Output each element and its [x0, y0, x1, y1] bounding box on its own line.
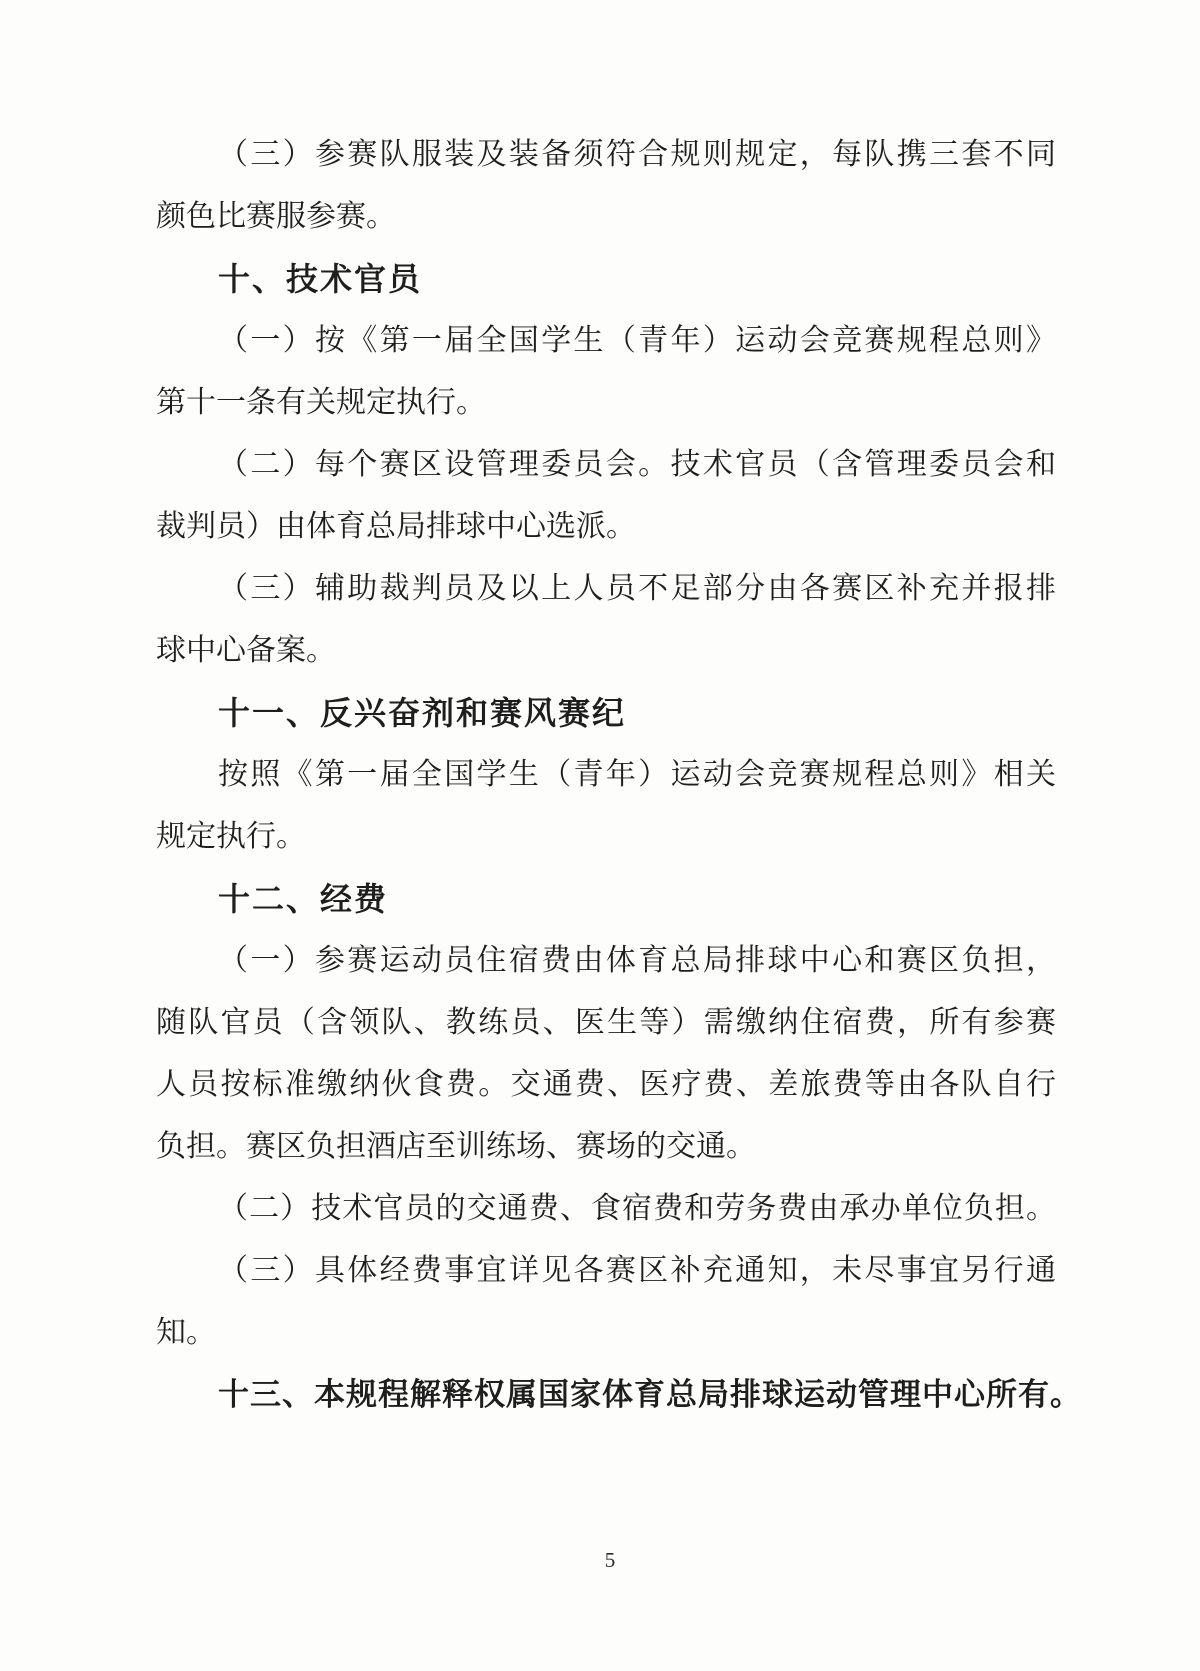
- section-heading: 十、技术官员: [156, 248, 1056, 310]
- paragraph-line: 按照《第一届全国学生（青年）运动会竞赛规程总则》相关: [156, 744, 1056, 806]
- paragraph-line: （一）按《第一届全国学生（青年）运动会竞赛规程总则》: [156, 310, 1056, 372]
- paragraph-line: 裁判员）由体育总局排球中心选派。: [156, 496, 1056, 558]
- page-number: 5: [0, 1548, 1200, 1573]
- paragraph-line: 知。: [156, 1302, 1056, 1364]
- document-body: （三）参赛队服装及装备须符合规则规定，每队携三套不同颜色比赛服参赛。十、技术官员…: [156, 124, 1056, 1426]
- closing-statement: 十三、本规程解释权属国家体育总局排球运动管理中心所有。: [156, 1364, 1056, 1426]
- paragraph-line: （三）具体经费事宜详见各赛区补充通知，未尽事宜另行通: [156, 1240, 1056, 1302]
- document-page: （三）参赛队服装及装备须符合规则规定，每队携三套不同颜色比赛服参赛。十、技术官员…: [0, 0, 1200, 1671]
- paragraph-line: 随队官员（含领队、教练员、医生等）需缴纳住宿费，所有参赛: [156, 992, 1056, 1054]
- paragraph-line: （三）辅助裁判员及以上人员不足部分由各赛区补充并报排: [156, 558, 1056, 620]
- paragraph-line: 颜色比赛服参赛。: [156, 186, 1056, 248]
- paragraph-line: （一）参赛运动员住宿费由体育总局排球中心和赛区负担，: [156, 930, 1056, 992]
- paragraph-line: 负担。赛区负担酒店至训练场、赛场的交通。: [156, 1116, 1056, 1178]
- paragraph-line: （三）参赛队服装及装备须符合规则规定，每队携三套不同: [156, 124, 1056, 186]
- section-heading: 十一、反兴奋剂和赛风赛纪: [156, 682, 1056, 744]
- paragraph-line: 第十一条有关规定执行。: [156, 372, 1056, 434]
- paragraph-line: （二）技术官员的交通费、食宿费和劳务费由承办单位负担。: [156, 1178, 1056, 1240]
- paragraph-line: （二）每个赛区设管理委员会。技术官员（含管理委员会和: [156, 434, 1056, 496]
- paragraph-line: 规定执行。: [156, 806, 1056, 868]
- paragraph-line: 球中心备案。: [156, 620, 1056, 682]
- section-heading: 十二、经费: [156, 868, 1056, 930]
- paragraph-line: 人员按标准缴纳伙食费。交通费、医疗费、差旅费等由各队自行: [156, 1054, 1056, 1116]
